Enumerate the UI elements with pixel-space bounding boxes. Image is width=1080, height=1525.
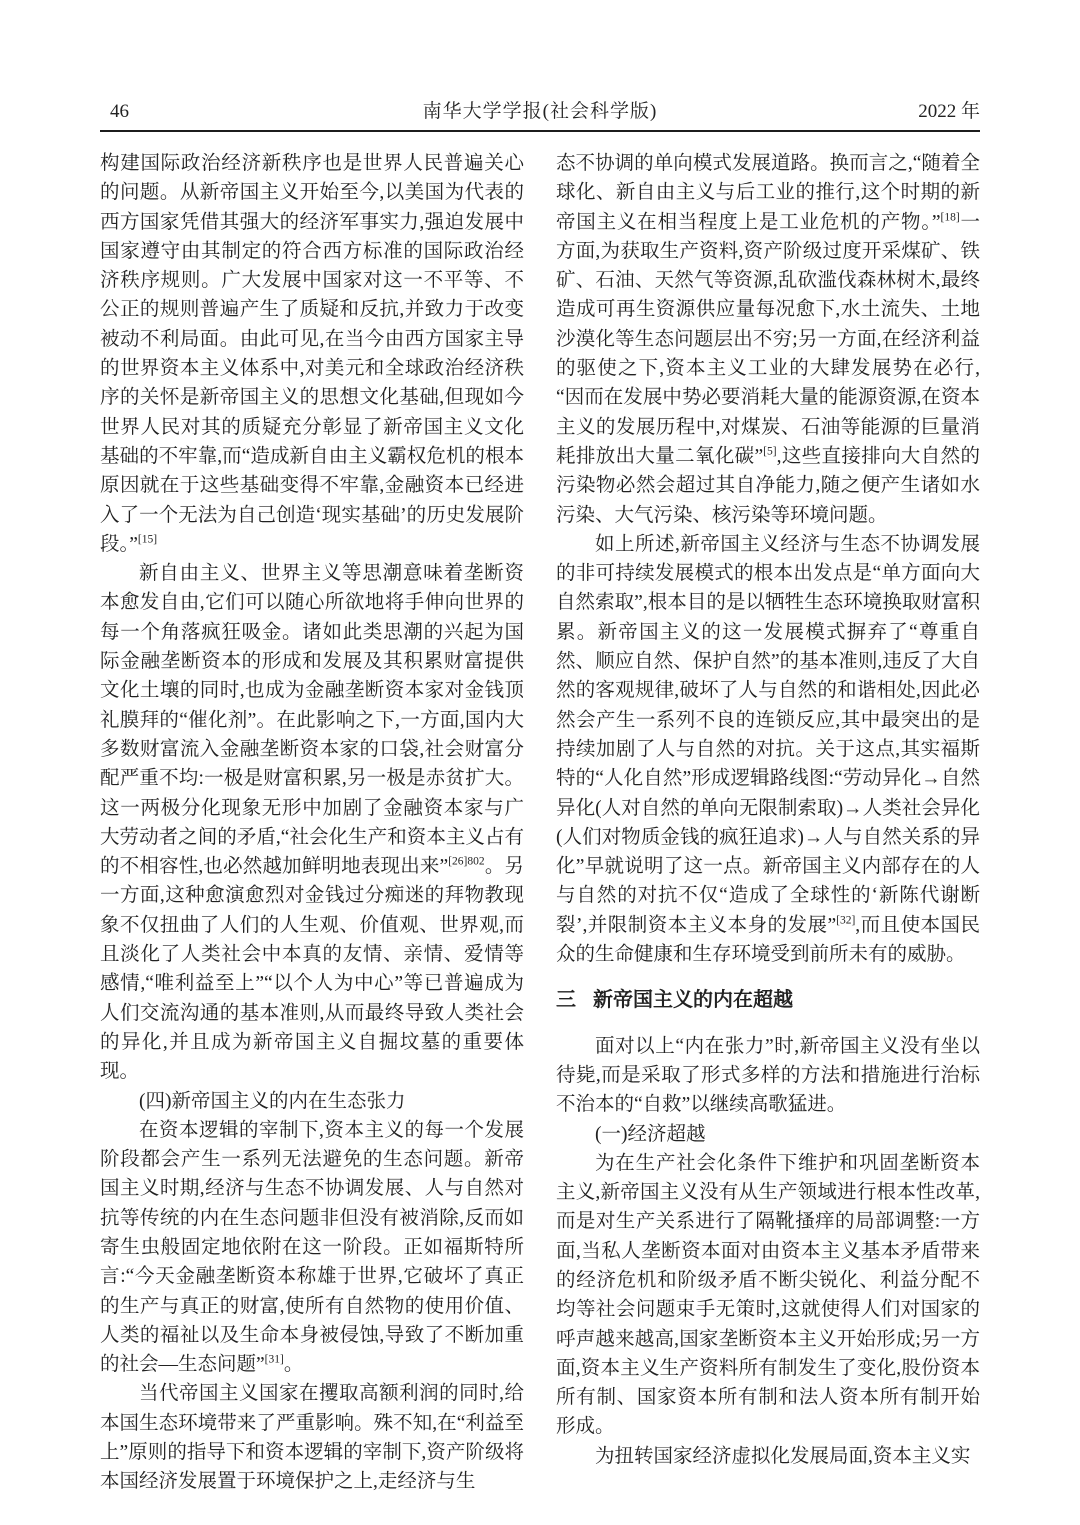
text-run: 态不协调的单向模式发展道路。换而言之,“随着全球化、新自由主义与后工业的推行,这… xyxy=(556,153,980,233)
paragraph: 构建国际政治经济新秩序也是世界人民普遍关心的问题。从新帝国主义开始至今,以美国为… xyxy=(100,149,524,559)
paragraph: 在资本逻辑的宰制下,资本主义的每一个发展阶段都会产生一系列无法避免的生态问题。新… xyxy=(100,1116,524,1380)
page-header: 46 南华大学学报(社会科学版) 2022 年 xyxy=(100,98,980,126)
subheading: (四)新帝国主义的内在生态张力 xyxy=(100,1087,524,1116)
section-number: 三 xyxy=(556,989,576,1011)
paragraph: 如上所述,新帝国主义经济与生态不协调发展的非可持续发展模式的根本出发点是“单方面… xyxy=(556,530,980,969)
paragraph: 面对以上“内在张力”时,新帝国主义没有坐以待毙,而是采取了形式多样的方法和措施进… xyxy=(556,1032,980,1120)
text-run: 为扭转国家经济虚拟化发展局面,资本主义实 xyxy=(595,1446,970,1467)
paragraph: 为在生产社会化条件下维护和巩固垄断资本主义,新帝国主义没有从生产领域进行根本性改… xyxy=(556,1149,980,1442)
text-run: 面对以上“内在张力”时,新帝国主义没有坐以待毙,而是采取了形式多样的方法和措施进… xyxy=(556,1036,980,1116)
text-run: 当代帝国主义国家在攫取高额利润的同时,给本国生态环境带来了严重影响。殊不知,在“… xyxy=(100,1383,524,1492)
citation-ref: [31] xyxy=(265,1354,284,1366)
publication-year: 2022 年 xyxy=(918,98,980,126)
text-run: 一方面,为获取生产资料,资产阶级过度开采煤矿、铁矿、石油、天然气等资源,乱砍滥伐… xyxy=(556,212,980,467)
header-rule xyxy=(100,130,980,132)
right-column: 态不协调的单向模式发展道路。换而言之,“随着全球化、新自由主义与后工业的推行,这… xyxy=(556,149,980,1471)
paragraph: 新自由主义、世界主义等思潮意味着垄断资本愈发自由,它们可以随心所欲地将手伸向世界… xyxy=(100,559,524,1086)
text-run: 为在生产社会化条件下维护和巩固垄断资本主义,新帝国主义没有从生产领域进行根本性改… xyxy=(556,1153,980,1438)
text-run: 。另一方面,这种愈演愈烈对金钱过分痴迷的拜物教现象不仅扭曲了人们的人生观、价值观… xyxy=(100,856,524,1082)
journal-page: 46 南华大学学报(社会科学版) 2022 年 构建国际政治经济新秩序也是世界人… xyxy=(0,0,1080,1525)
text-run: (一)经济超越 xyxy=(595,1124,706,1145)
citation-ref: [15] xyxy=(138,533,157,545)
text-run: 新自由主义、世界主义等思潮意味着垄断资本愈发自由,它们可以随心所欲地将手伸向世界… xyxy=(100,563,524,877)
citation-ref: [32] xyxy=(836,914,855,926)
text-run: 。 xyxy=(284,1354,304,1375)
section-heading: 三新帝国主义的内在超越 xyxy=(556,986,980,1015)
paragraph: 为扭转国家经济虚拟化发展局面,资本主义实 xyxy=(556,1442,980,1471)
paragraph: 当代帝国主义国家在攫取高额利润的同时,给本国生态环境带来了严重影响。殊不知,在“… xyxy=(100,1379,524,1496)
journal-title: 南华大学学报(社会科学版) xyxy=(100,98,980,126)
left-column: 构建国际政治经济新秩序也是世界人民普遍关心的问题。从新帝国主义开始至今,以美国为… xyxy=(100,149,524,1497)
text-run: (四)新帝国主义的内在生态张力 xyxy=(139,1091,406,1112)
text-run: 新帝国主义的内在超越 xyxy=(593,989,793,1011)
text-run: 如上所述,新帝国主义经济与生态不协调发展的非可持续发展模式的根本出发点是“单方面… xyxy=(556,534,980,936)
citation-ref: [18] xyxy=(941,211,960,223)
text-run: 在资本逻辑的宰制下,资本主义的每一个发展阶段都会产生一系列无法避免的生态问题。新… xyxy=(100,1120,524,1375)
paragraph: 态不协调的单向模式发展道路。换而言之,“随着全球化、新自由主义与后工业的推行,这… xyxy=(556,149,980,530)
citation-ref: [5] xyxy=(763,445,776,457)
subheading: (一)经济超越 xyxy=(556,1120,980,1149)
text-run: 构建国际政治经济新秩序也是世界人民普遍关心的问题。从新帝国主义开始至今,以美国为… xyxy=(100,153,524,555)
citation-ref: [26]802 xyxy=(448,856,484,868)
